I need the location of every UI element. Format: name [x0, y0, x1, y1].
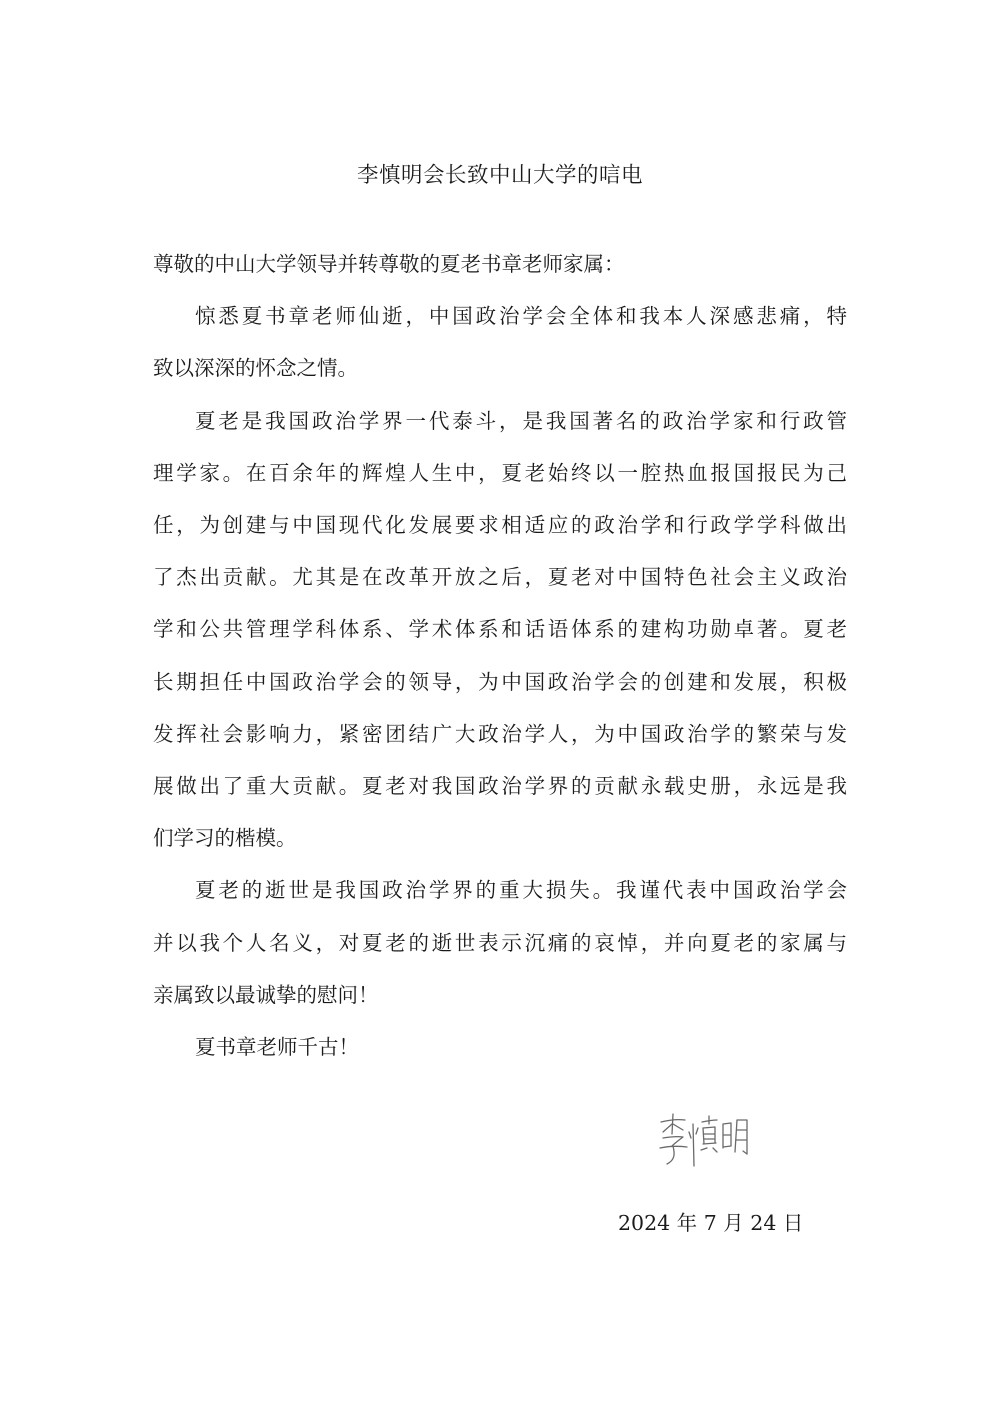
paragraph-2: 夏老是我国政治学界一代泰斗，是我国著名的政治学家和行政管 理学家。在百余年的辉煌… [153, 395, 847, 865]
document-title: 李慎明会长致中山大学的唁电 [0, 158, 1000, 189]
paragraph-line: 任，为创建与中国现代化发展要求相适应的政治学和行政学学科做出 [153, 499, 847, 551]
paragraph-line: 发挥社会影响力，紧密团结广大政治学人，为中国政治学的繁荣与发 [153, 708, 847, 760]
paragraph-line: 并以我个人名义，对夏老的逝世表示沉痛的哀悼，并向夏老的家属与 [153, 917, 847, 969]
letter-body: 尊敬的中山大学领导并转尊敬的夏老书章老师家属： 惊悉夏书章老师仙逝，中国政治学会… [153, 238, 847, 1073]
paragraph-4: 夏书章老师千古！ [153, 1021, 847, 1073]
letter-date: 2024 年 7 月 24 日 [618, 1206, 803, 1236]
handwritten-signature [655, 1108, 765, 1178]
paragraph-line: 了杰出贡献。尤其是在改革开放之后，夏老对中国特色社会主义政治 [153, 551, 847, 603]
paragraph-line: 长期担任中国政治学会的领导，为中国政治学会的创建和发展，积极 [153, 656, 847, 708]
paragraph-line: 致以深深的怀念之情。 [153, 342, 847, 394]
paragraph-3: 夏老的逝世是我国政治学界的重大损失。我谨代表中国政治学会 并以我个人名义，对夏老… [153, 864, 847, 1021]
paragraph-line: 夏老是我国政治学界一代泰斗，是我国著名的政治学家和行政管 [153, 395, 847, 447]
paragraph-line: 学和公共管理学科体系、学术体系和话语体系的建构功勋卓著。夏老 [153, 603, 847, 655]
paragraph-line: 理学家。在百余年的辉煌人生中，夏老始终以一腔热血报国报民为己 [153, 447, 847, 499]
paragraph-1: 惊悉夏书章老师仙逝，中国政治学会全体和我本人深感悲痛，特 致以深深的怀念之情。 [153, 290, 847, 394]
paragraph-line: 亲属致以最诚挚的慰问！ [153, 969, 847, 1021]
paragraph-line: 们学习的楷模。 [153, 812, 847, 864]
paragraph-line: 夏书章老师千古！ [153, 1021, 847, 1073]
paragraph-line: 展做出了重大贡献。夏老对我国政治学界的贡献永载史册，永远是我 [153, 760, 847, 812]
paragraph-line: 惊悉夏书章老师仙逝，中国政治学会全体和我本人深感悲痛，特 [153, 290, 847, 342]
salutation: 尊敬的中山大学领导并转尊敬的夏老书章老师家属： [153, 238, 847, 290]
paragraph-line: 夏老的逝世是我国政治学界的重大损失。我谨代表中国政治学会 [153, 864, 847, 916]
